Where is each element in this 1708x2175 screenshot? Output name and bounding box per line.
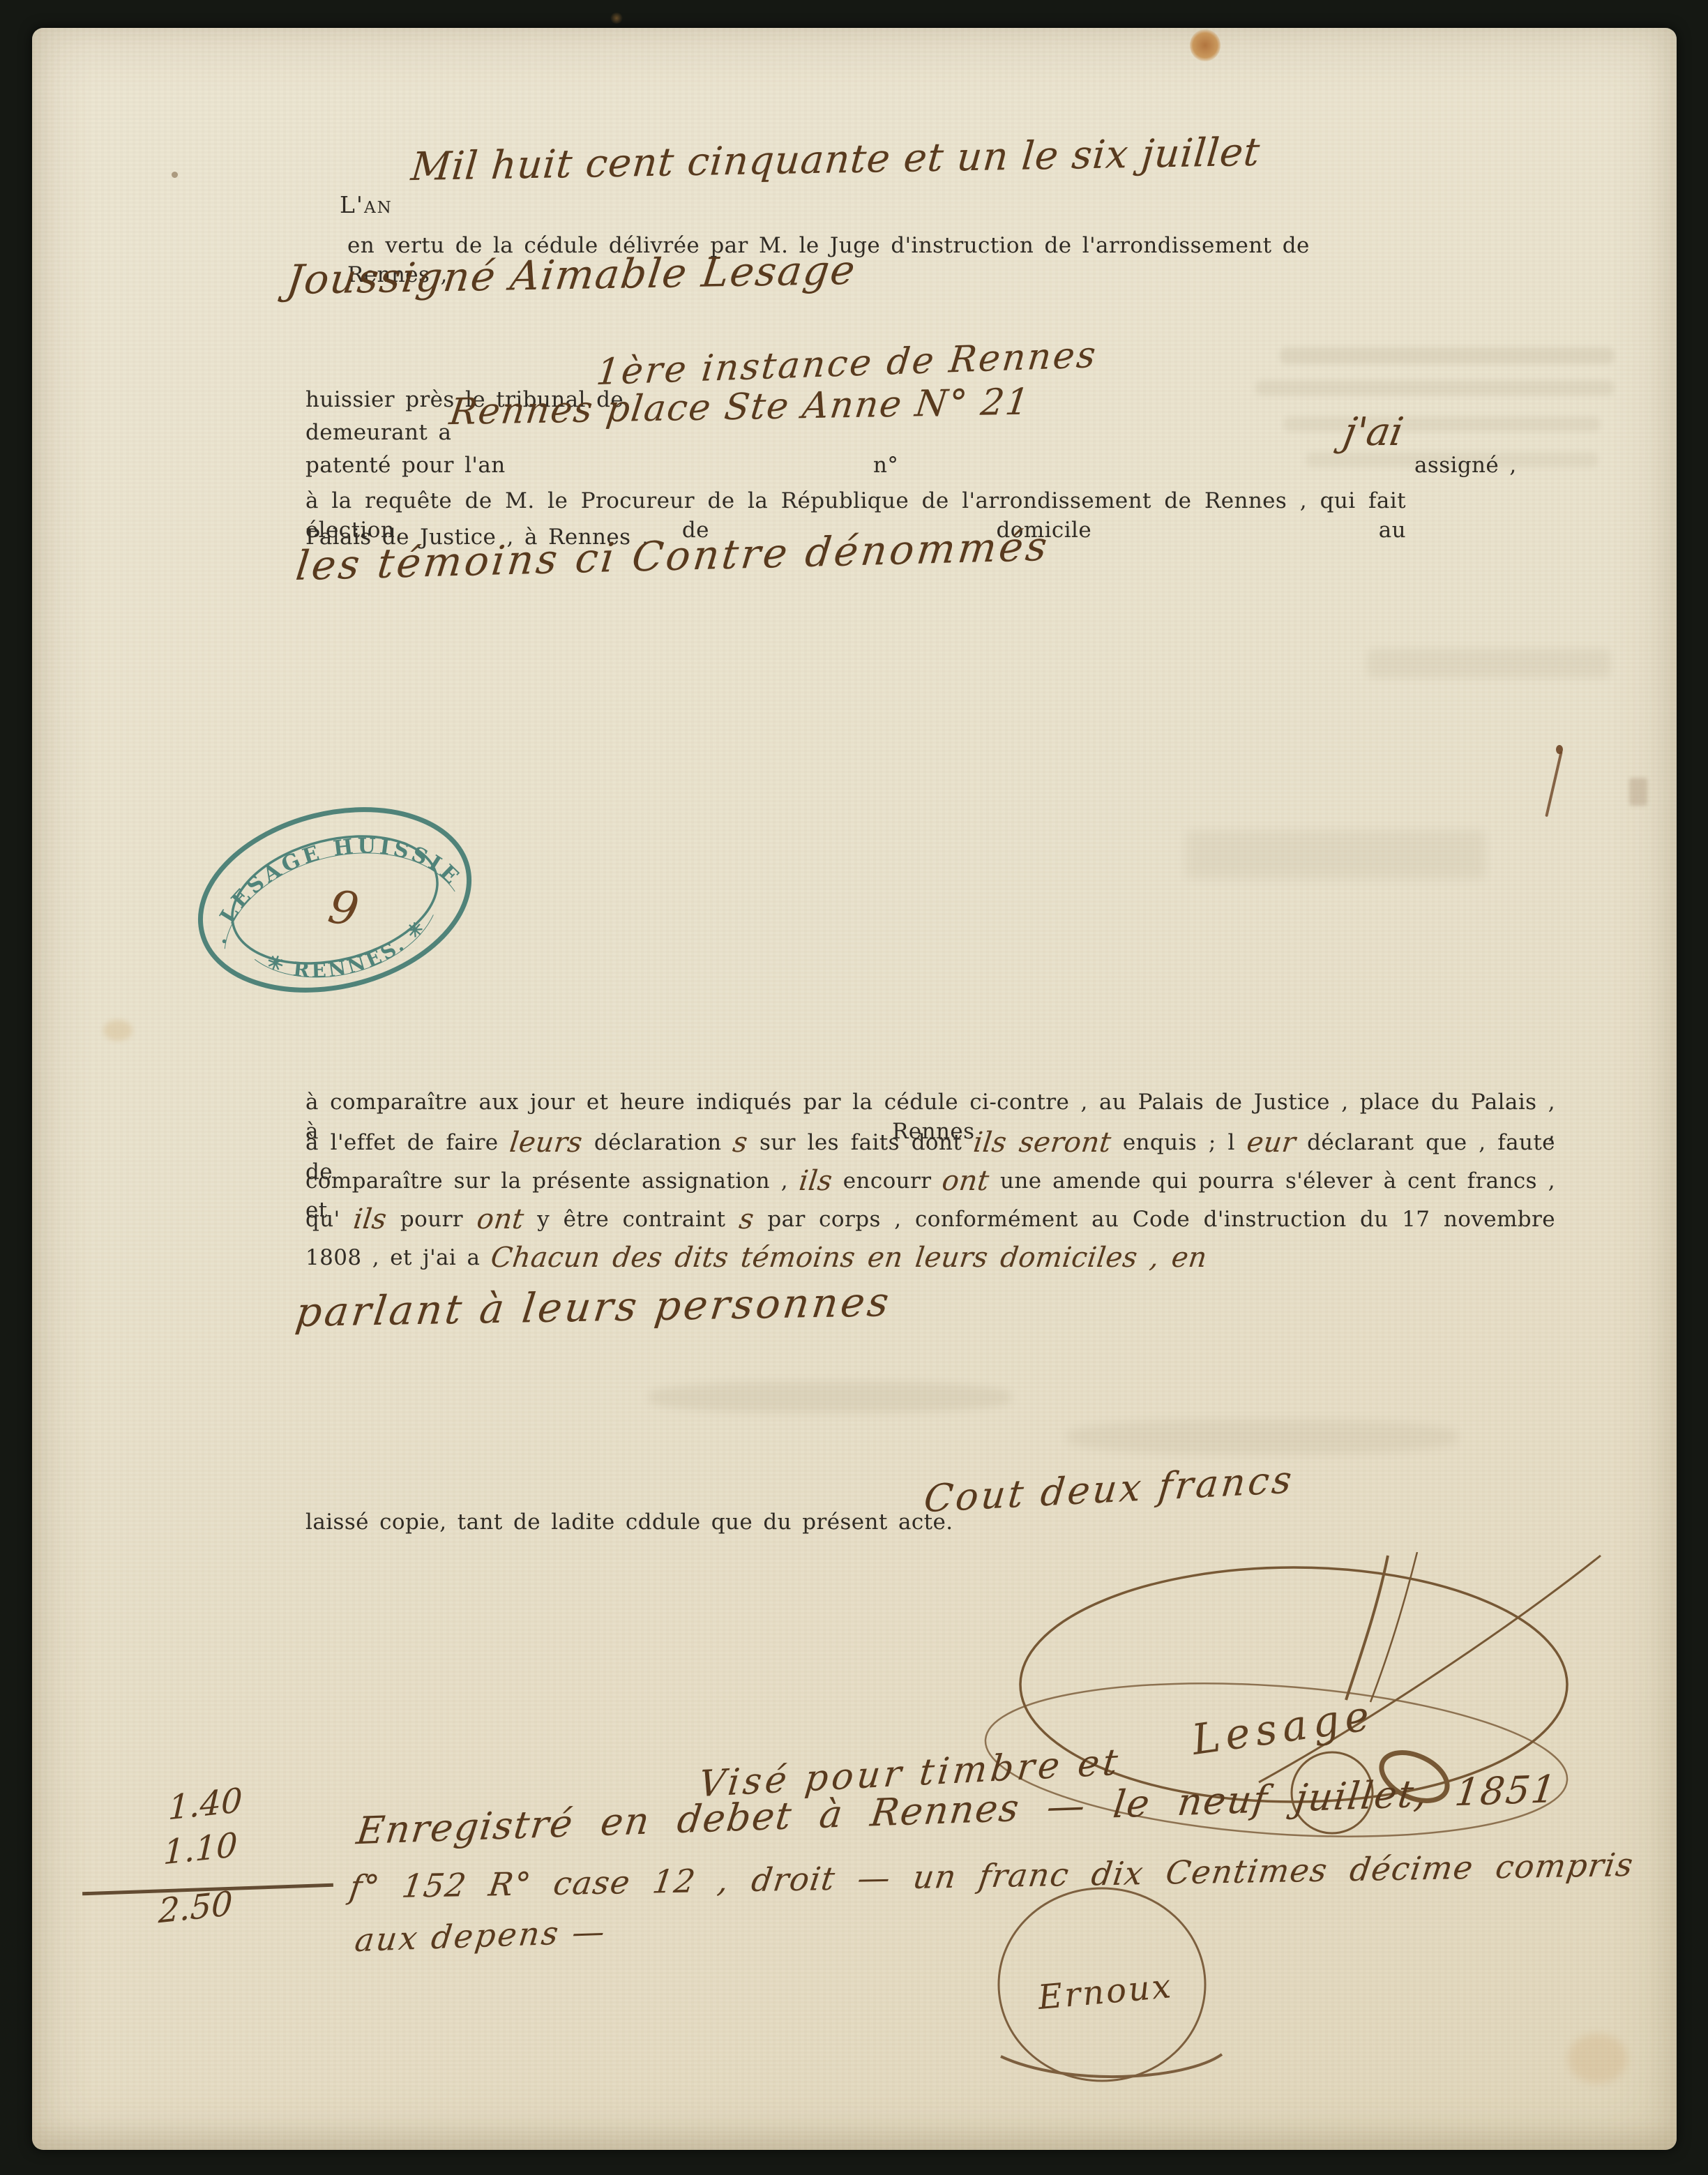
handwritten-soussigne: Joussigné Aimable Lesage	[285, 250, 859, 300]
document-scan: L'an Mil huit cent cinquante et un le si…	[0, 0, 1708, 2175]
text-segment: 1808 , et j'ai a	[305, 1245, 480, 1270]
handwritten-demeurant: Rennes place Ste Anne N° 21	[448, 384, 1032, 430]
ernoux-signature-text: Ernoux	[1036, 1966, 1174, 2017]
assignation-line5: 1808 , et j'ai a Chacun des dits témoins…	[305, 1242, 1555, 1273]
text-segment: encourr	[843, 1168, 932, 1194]
ink-mark	[1629, 778, 1647, 806]
text-segment: déclaration	[594, 1130, 722, 1155]
text-segment: par corps , conformément au Code d'instr…	[767, 1207, 1555, 1232]
signature-flourish-stroke	[1346, 1556, 1388, 1700]
assignation-line4: qu' ils pourr ont y être contraint s par…	[305, 1203, 1555, 1235]
text-segment: ont	[941, 1167, 991, 1195]
handwritten-jai: j'ai	[1340, 413, 1406, 452]
text-segment: sur les faits dont	[759, 1130, 962, 1155]
text-segment: y être contraint	[537, 1207, 725, 1232]
printed-assigne-label: assigné ,	[1414, 451, 1517, 481]
printed-patente-label: patenté pour l'an	[305, 451, 506, 481]
fee-amount-2: 1.10	[163, 1828, 238, 1870]
text-segment: enquis ; l	[1123, 1130, 1235, 1155]
text-segment: s	[737, 1205, 755, 1233]
stamp-center-handmark: 9	[324, 880, 363, 938]
text-segment: ont	[475, 1205, 525, 1233]
ernoux-signature: Ernoux	[962, 1876, 1241, 2128]
text-segment: ils seront	[972, 1129, 1113, 1157]
text-segment: qu'	[305, 1207, 340, 1232]
text-segment: ils	[797, 1167, 833, 1195]
text-segment: Chacun des dits témoins en leurs domicil…	[489, 1244, 1208, 1272]
handwritten-depens: aux depens —	[353, 1915, 608, 1956]
text-segment: ils	[352, 1205, 388, 1233]
text-segment: eur	[1245, 1129, 1297, 1157]
ink-mark	[1556, 745, 1563, 754]
huissier-stamp: A. LESAGE HUISSIER ✳ RENNES. ✳ 9	[187, 787, 483, 1013]
printed-demeurant-label: demeurant a	[305, 419, 451, 448]
text-segment: à l'effet de faire	[305, 1130, 498, 1155]
printed-label-lan: L'an	[340, 190, 393, 221]
text-segment: pourr	[400, 1207, 463, 1232]
printed-numero-label: n°	[873, 451, 898, 481]
signature-lesage-text: Lesage	[1188, 1691, 1378, 1765]
fee-total: 2.50	[158, 1887, 233, 1929]
fee-amount-1: 1.40	[167, 1784, 243, 1826]
paper-stain	[610, 13, 624, 24]
handwritten-parlant: parlant à leurs personnes	[294, 1281, 894, 1332]
text-segment: s	[732, 1129, 750, 1157]
text-segment: leurs	[508, 1129, 584, 1157]
text-segment: comparaître sur la présente assignation …	[305, 1168, 788, 1194]
printed-laisse-copie: laissé copie, tant de ladite cddule que …	[305, 1508, 953, 1537]
